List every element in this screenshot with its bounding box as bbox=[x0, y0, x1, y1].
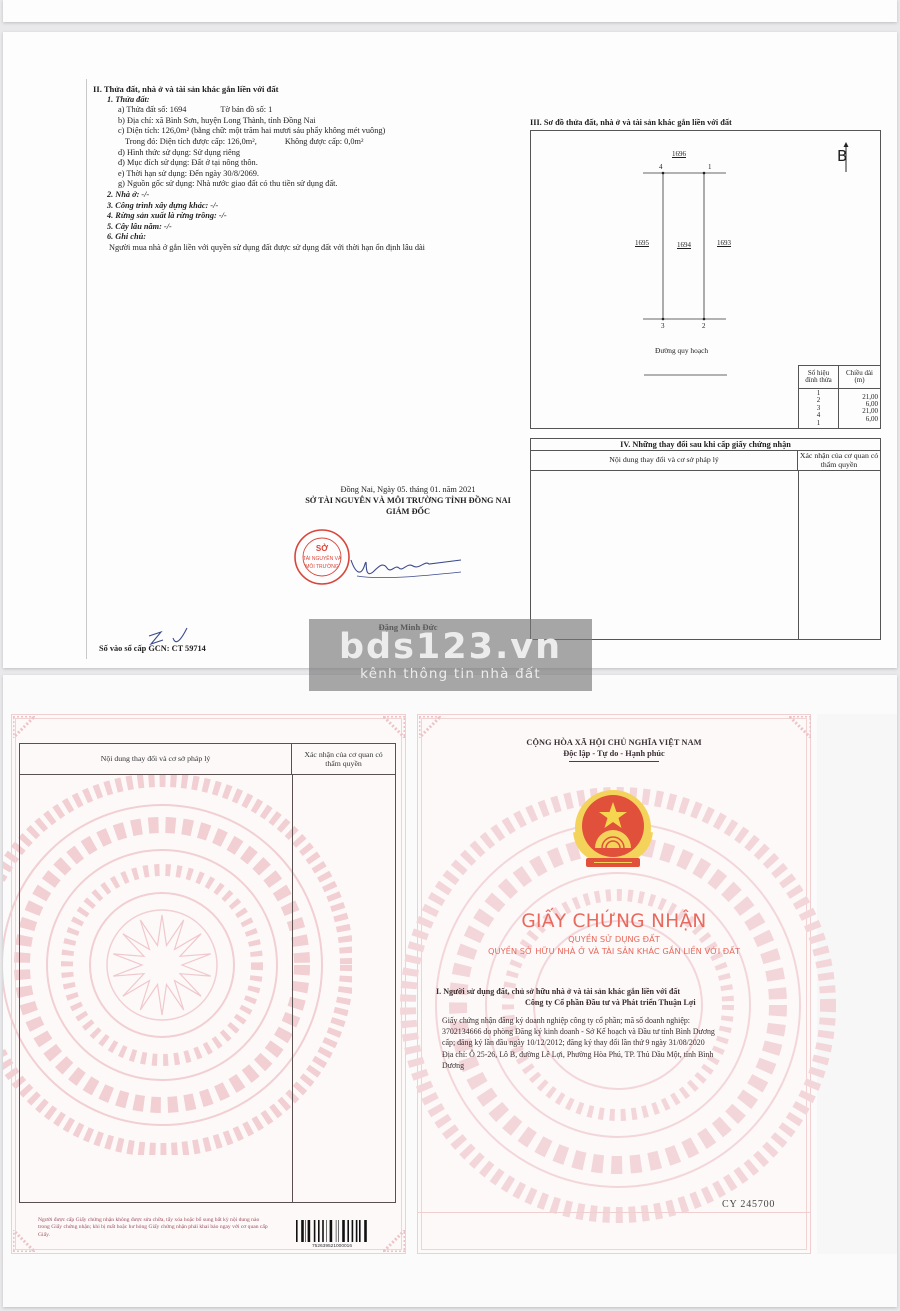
corner-ornament-icon bbox=[419, 716, 441, 738]
corner-1-label: 1 bbox=[708, 163, 712, 171]
corner-ornament-icon bbox=[789, 716, 811, 738]
serial-rule bbox=[418, 1212, 810, 1213]
corner-ornament-icon bbox=[383, 1230, 405, 1252]
vertex-col-header: Số hiệu đỉnh thửa bbox=[799, 365, 839, 388]
owner-name: Công ty Cổ phần Đầu tư và Phát triển Thu… bbox=[436, 997, 806, 1008]
changes-col1: Nội dung thay đổi và cơ sở pháp lý bbox=[20, 744, 292, 774]
certificate-main-title: GIẤY CHỨNG NHẬN bbox=[418, 911, 810, 933]
svg-text:SỞ: SỞ bbox=[316, 544, 328, 553]
signature-icon bbox=[343, 550, 463, 582]
certificate-serial: CY 245700 bbox=[722, 1199, 775, 1210]
neighbor-top-label: 1696 bbox=[672, 150, 686, 158]
certificate-subtitle-2: QUYỀN SỞ HỮU NHÀ Ở VÀ TÀI SẢN KHÁC GẮN L… bbox=[418, 945, 810, 958]
previous-page-edge bbox=[3, 0, 897, 22]
parcel-map: 1696 4 1 1695 1694 1693 3 2 Đường quy ho… bbox=[530, 130, 881, 429]
neighbor-left-label: 1695 bbox=[635, 239, 649, 247]
svg-text:TÀI NGUYÊN VÀ: TÀI NGUYÊN VÀ bbox=[303, 554, 342, 562]
motto-underline bbox=[569, 761, 659, 762]
column-divider bbox=[798, 471, 799, 639]
changes-table-header: Nội dung thay đổi và cơ sở pháp lý Xác n… bbox=[20, 744, 395, 775]
changes-table-header: Nội dung thay đổi và cơ sở pháp lý Xác n… bbox=[531, 451, 880, 471]
area-granted: Trong đó: Diện tích được cấp: 126,0m², bbox=[125, 137, 257, 146]
area: c) Diện tích: 126,0m² (bằng chữ: một tră… bbox=[93, 126, 523, 137]
national-emblem-icon bbox=[558, 788, 668, 873]
section-land-info: II. Thửa đất, nhà ở và tài sản khác gắn … bbox=[93, 84, 523, 254]
barcode-number: 752639521000016 bbox=[296, 1244, 368, 1249]
owner-heading: I. Người sử dụng đất, chủ sở hữu nhà ở v… bbox=[436, 986, 806, 997]
vertex-table: Số hiệu đỉnh thửa Chiều dài (m) 12341 21… bbox=[798, 365, 881, 429]
signature-block: Đồng Nai, Ngày 05. tháng 01. năm 2021 SỞ… bbox=[258, 484, 558, 517]
neighbor-right-label: 1693 bbox=[717, 239, 731, 247]
national-motto: Độc lập - Tự do - Hạnh phúc bbox=[418, 748, 810, 759]
road-label: Đường quy hoạch bbox=[655, 346, 708, 355]
signer-position: GIÁM ĐỐC bbox=[258, 506, 558, 517]
corner-ornament-icon bbox=[13, 716, 35, 738]
area-not-granted: Không được cấp: 0,0m² bbox=[285, 137, 364, 146]
svg-text:MÔI TRƯỜNG: MÔI TRƯỜNG bbox=[305, 563, 339, 570]
forest: 4. Rừng sản xuất là rừng trồng: -/- bbox=[93, 211, 523, 222]
house: 2. Nhà ở: -/- bbox=[93, 190, 523, 201]
north-arrow-line-icon bbox=[842, 142, 850, 172]
watermark-brand: bds123.vn bbox=[309, 627, 592, 667]
certificate-page-inner: II. Thửa đất, nhà ở và tài sản khác gắn … bbox=[3, 32, 897, 668]
national-heading: CỘNG HÒA XÃ HỘI CHỦ NGHĨA VIỆT NAM Độc l… bbox=[418, 737, 810, 762]
parcel-center-label: 1694 bbox=[677, 241, 691, 249]
changes-col2: Xác nhận của cơ quan có thẩm quyền bbox=[798, 451, 880, 470]
usage-form: d) Hình thức sử dụng: Sử dụng riêng bbox=[93, 148, 523, 159]
parcel-row: a) Thửa đất số: 1694Tờ bản đồ số: 1 bbox=[93, 105, 523, 116]
issuing-agency: SỞ TÀI NGUYÊN VÀ MÔI TRƯỜNG TỈNH ĐỒNG NA… bbox=[258, 495, 558, 506]
area-breakdown: Trong đó: Diện tích được cấp: 126,0m²,Kh… bbox=[93, 137, 523, 148]
cover-left-leaf: Nội dung thay đổi và cơ sở pháp lý Xác n… bbox=[11, 714, 406, 1254]
usage-purpose: đ) Mục đích sử dụng: Đất ở tại nông thôn… bbox=[93, 158, 523, 169]
address: b) Địa chỉ: xã Bình Sơn, huyện Long Thàn… bbox=[93, 116, 523, 127]
perennial-trees: 5. Cây lâu năm: -/- bbox=[93, 222, 523, 233]
certificate-subtitle-1: QUYỀN SỬ DỤNG ĐẤT bbox=[418, 933, 810, 945]
warning-note: Người được cấp Giấy chứng nhận không đượ… bbox=[38, 1217, 268, 1239]
section4-title: IV. Những thay đổi sau khi cấp giấy chứn… bbox=[531, 439, 880, 451]
changes-col1: Nội dung thay đổi và cơ sở pháp lý bbox=[531, 451, 798, 470]
owner-details: Giấy chứng nhận đăng ký doanh nghiệp côn… bbox=[436, 1015, 806, 1071]
land-heading: 1. Thửa đất: bbox=[93, 95, 523, 106]
other-works: 3. Công trình xây dựng khác: -/- bbox=[93, 201, 523, 212]
corner-3-label: 3 bbox=[661, 322, 665, 330]
column-divider bbox=[292, 775, 293, 1202]
section-changes: IV. Những thay đổi sau khi cấp giấy chứn… bbox=[530, 438, 881, 640]
changes-col2: Xác nhận của cơ quan có thẩm quyền bbox=[292, 744, 395, 774]
cover-right-leaf: CỘNG HÒA XÃ HỘI CHỦ NGHĨA VIỆT NAM Độc l… bbox=[417, 714, 811, 1254]
owner-section: I. Người sử dụng đất, chủ sở hữu nhà ở v… bbox=[436, 986, 806, 1071]
usage-term: e) Thời hạn sử dụng: Đến ngày 30/8/2069. bbox=[93, 169, 523, 180]
section3-title: III. Sơ đồ thửa đất, nhà ở và tài sản kh… bbox=[530, 118, 732, 127]
notes: Người mua nhà ở gắn liền với quyền sử dụ… bbox=[93, 243, 523, 254]
corner-ornament-icon bbox=[13, 1230, 35, 1252]
corner-2-label: 2 bbox=[702, 322, 706, 330]
barcode-icon bbox=[296, 1220, 368, 1242]
watermark-overlay: bds123.vn kênh thông tin nhà đất bbox=[309, 619, 592, 691]
length-list: 21,006,0021,006,00 bbox=[839, 388, 881, 428]
notes-heading: 6. Ghi chú: bbox=[93, 232, 523, 243]
changes-table: Nội dung thay đổi và cơ sở pháp lý Xác n… bbox=[19, 743, 396, 1203]
length-col-header: Chiều dài (m) bbox=[839, 365, 881, 388]
registry-number: Số vào sổ cấp GCN: CT 59714 bbox=[99, 644, 206, 653]
section2-title: II. Thửa đất, nhà ở và tài sản khác gắn … bbox=[93, 84, 523, 95]
certificate-title: GIẤY CHỨNG NHẬN QUYỀN SỬ DỤNG ĐẤT QUYỀN … bbox=[418, 911, 810, 958]
parcel-number: a) Thửa đất số: 1694 bbox=[118, 105, 186, 114]
map-sheet: Tờ bản đồ số: 1 bbox=[220, 105, 272, 114]
usage-origin: g) Nguồn gốc sử dụng: Nhà nước giao đất … bbox=[93, 179, 523, 190]
margin-line bbox=[86, 79, 87, 659]
watermark-tagline: kênh thông tin nhà đất bbox=[309, 667, 592, 681]
country-name: CỘNG HÒA XÃ HỘI CHỦ NGHĨA VIỆT NAM bbox=[418, 737, 810, 748]
vertex-list: 12341 bbox=[799, 388, 839, 428]
corner-ornament-icon bbox=[383, 716, 405, 738]
corner-4-label: 4 bbox=[659, 163, 663, 171]
certificate-cover-spread: Nội dung thay đổi và cơ sở pháp lý Xác n… bbox=[3, 675, 897, 1307]
place-date: Đồng Nai, Ngày 05. tháng 01. năm 2021 bbox=[258, 484, 558, 495]
